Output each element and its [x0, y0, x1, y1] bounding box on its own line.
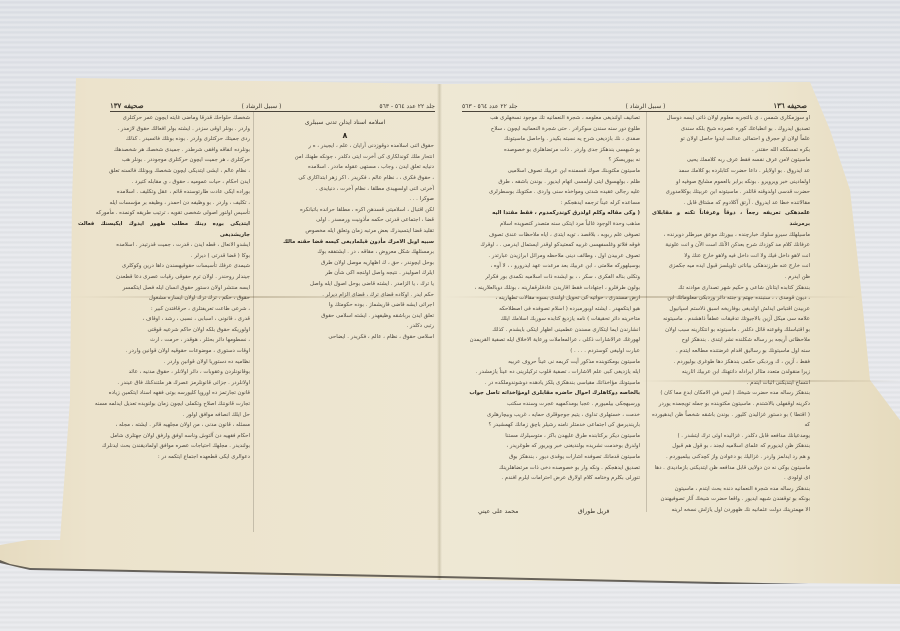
text-line: ، ديون قومدى ، ، سنبنده جهتم و جنته دائر… [652, 293, 810, 304]
text-line: تصوف عربيدن اول ، وطائف دينى ملاحظه ومرا… [455, 251, 640, 262]
text-line: حل ايلك انصافه موافق اولور . [78, 410, 250, 421]
text-line: ماسيتون مكتوبنك صوك قسمنده ابن عربيك تصو… [455, 166, 640, 177]
text-line: واردر . بونلر اوقى سزدر . ايشته بولر افع… [78, 124, 250, 135]
text-line: ، تكليف ، واردر . بو وظيفه دن احمدر ، وظ… [78, 198, 250, 209]
text-line: بوراده ايكى عادت طارتوسنده قائم ، عقل وت… [78, 187, 250, 198]
text-line: بوقانونلردن وعقوبات ، دائر اولانلر ، حقو… [78, 367, 250, 378]
text-line: عد ايدروق . بو اولايلر . داعا حضرت كتابل… [652, 166, 810, 177]
right-page-right-column: او سوزمكارى شمس ، ى بالتجربه معلوم اولان… [652, 113, 810, 533]
text-line: اولانلردر . جزائى قانونلرمز عصرك هر ملتن… [78, 378, 250, 389]
text-line: بونكه بو توقفندن شبهه ايديور . واقعا حضر… [652, 494, 810, 505]
text-line: ايشدو الانعال ، قطه ايدن ، قدرت ، جميت ق… [78, 240, 250, 251]
text-line: ايدن احكام ، حيات عموميه ، حقوق ، ي مقاب… [78, 177, 250, 188]
text-line: بونلرده انفاقه وافقى شرطدر . جميدى شخصك … [78, 145, 250, 156]
text-line: تصانيف اولنديغى معلومه ، شجرة النعمانيه … [455, 113, 640, 124]
text-line: ظلم ، بولهسوق ايتى اولمسى اتهام ايديور .… [455, 177, 640, 188]
text-line: بو شبهسى بندهكز جدى واردر . ذات مرتضاهلر… [455, 145, 640, 156]
text-line: ورسيهجكى بيلميورم . عجبا بومدكمهيه عجرت … [455, 399, 640, 410]
text-line: ماسيلهلك سيرو سلوك خبارچنده ، بيورتك موع… [652, 230, 810, 241]
text-line: تصديق ايدروك . بو انطباعك كوره عصرده شيخ… [652, 124, 810, 135]
text-line: نظاميه ده دستوريا اولان قوانين واردر . [78, 357, 250, 368]
text-line: ماسيتون لامن عرف نفسه فقط عرف ربه كلاممك… [652, 155, 810, 166]
text-line: فقط ، آزين ، ك وردبكى حكمى بندهكز دها طو… [652, 357, 810, 368]
paper-bottom-edge [0, 560, 900, 590]
text-line: دكرينه اوقفهلى بالاشتدم . ماسيتون مكتوبن… [652, 399, 810, 410]
text-line: مقالاتنده خطا عد ايدروق . آرتق آكلادوم ك… [652, 198, 810, 209]
left-issue-info: جلد ٢٢ عدد ٥٦٤ - ٥٦٣ [379, 103, 435, 110]
text-line: مسئله ، قانون مدنى ، من اولان مجلهيه قائ… [78, 420, 250, 431]
text-line: مساعده كرله عيناً ترجمه ايدهجكم : [455, 198, 640, 209]
text-line: بارينديرمق كى اجتماعى خدمتلر نامنه رشيلر… [455, 420, 640, 431]
text-line: ، نظام عالم ، ايشى ايتديكى ايچون شخصك وب… [78, 166, 250, 177]
text-line: فوقه فلاتو وغلسفهسى غربيه كمعتيدكو اوقدر… [455, 240, 640, 251]
text-line: برمسئلهك شكل معروض ، مقاقه ، در . ايشتفق… [256, 247, 434, 258]
text-line: حقوق ، حكم ، ترك ترك اولان ايساره مشغول [78, 293, 250, 304]
right-page-left-column: تصانيف اولنديغى معلومه ، شجرة النعمانيه … [455, 113, 640, 508]
text-line: تجارت قانوننك اصلاح وتكملى ايچون زمان بو… [78, 399, 250, 410]
text-line: دنيايه تعلق ايدن ، وجاب ، مستهى عقوله ما… [256, 162, 434, 173]
left-title-bracket: ( سبيل الرشاد ) [242, 103, 282, 110]
column-divider [646, 112, 647, 512]
text-line: آخرتى اثنى اولسهيدى مطلقا ، نظام آخرت ، … [256, 184, 434, 195]
text-line: تنورلى بكلرم وختامه كلام اولارق عرض احتر… [455, 473, 640, 484]
article-title: اسلامه اسناد ايدلن تدنى سببلرى [256, 118, 434, 129]
text-line: ماسيتونك مؤاخذاتك مقياسى بندهكزى يلكز يا… [455, 378, 640, 389]
text-line: نه بيوريسكز ؟ [455, 155, 640, 166]
text-line: سنه اول ماسيتونك بو رساليق اقدام غرضتنده… [652, 346, 810, 357]
text-line: بولون طرفلرو ، اجتهادات فقط اقاريدن عادف… [455, 283, 640, 294]
text-line: قانون تجارتمز ده اوروپا كليورسه بوتى فقه… [78, 388, 250, 399]
text-line: ايلرك اصوليدر . نتيجه واصل اولنجه اكى شأ… [256, 268, 434, 279]
text-line: عربيدن اقتباس ايدلش اولديغى بوفاريخه اسب… [652, 304, 810, 315]
text-line: يومدعيانك مدافعه قابل دكلدر . غزاليده او… [652, 431, 810, 442]
text-line: بندهكز ظن ايديورم كه علماى اسلاميه ايجند… [652, 441, 810, 452]
text-line: جيندلر روحندر . اولان ترم حقوقى رقيات عص… [78, 272, 250, 283]
text-line: ايتديكى بوده دينك مطلب ظهور ايدوك ايكيسن… [78, 219, 250, 240]
text-line: بندهكز رساله مده شجرة النعمانيه دنده بحث… [652, 484, 810, 495]
column-divider [253, 112, 254, 532]
text-line: ماسيتون ديكر بركتابنده طرق عليهدن باكز ،… [455, 431, 640, 442]
text-line: وتكلى بناله الفكرى ، سكر ، ، بو ايشده ذا… [455, 272, 640, 283]
text-line: اولدرق بوخدمت نشريده بولنديغنى خبر ويريو… [455, 441, 640, 452]
text-line: اى اولودى . [652, 473, 810, 484]
text-line: شيمدى عرفك تأسيسات حقوقيهسندن داها درين … [78, 261, 250, 272]
text-line: قدرى ، قانونى ، اسبابى ، نسبى ، رشد ، او… [78, 314, 250, 325]
text-line: ( وكى مقاله وكلم اولدرق كوندركمدوم ، فقط… [455, 208, 640, 219]
text-line: ظن ايدرم . [652, 272, 810, 283]
text-line: ، شرعى طاعت تعريفتلرى ، حرقافتدن كبير : [78, 304, 250, 315]
right-title-bracket: ( سبيل الرشاد ) [626, 103, 666, 110]
text-line: ماسيتون بوكى نه دن دولايى قابل مدافعه ظن… [652, 463, 810, 474]
text-line: ايسه منتشر اولان دستور حقوق انسان ايله ف… [78, 283, 250, 294]
text-line: ارض مسندرى ، حواتيه كى تحويل اولندى بسوه… [455, 293, 640, 304]
text-line: بوكا ( قضا قدرتى ) ديرلر . [78, 251, 250, 262]
text-line: اولمادينى خبر ويرويرو . بونكه برابر بالع… [652, 177, 810, 188]
text-line: بالخاصه دوكاهلرك احوال حاضره مقابلرى اوم… [455, 388, 640, 399]
text-line: ( اقتطا ) بو دستور غزاليدن كليور . بوندن… [652, 410, 810, 431]
text-line: زيرا منقولدن متعدد مثالر ايرادله دانتهنك… [652, 367, 810, 378]
text-line: تأسيس اولنور اصولى شخصى تقويه ، ترتيب طر… [78, 208, 250, 219]
text-line: اولوريكه حقوق بلكه اولان حاكم شرعيه قوقت… [78, 325, 250, 336]
text-line: بو اقتباسلك وقوعنه قائل دكلدر . ماسيتونه… [652, 325, 810, 336]
text-line: عليه رجالى عقيده شدتى ومواخذه سنى واردى … [455, 187, 640, 198]
text-line: او سوزمكارى شمس ، ى بالتجربه معلوم اولان… [652, 113, 810, 124]
text-line: اجرائى ايشه قاضى قاريشماز . بوده حكومتك … [256, 300, 434, 311]
text-line: تصديق ايدهجكم . ونكه وار بو خصوصده دخى ذ… [455, 463, 640, 474]
text-line: علمدهكى تعريفه رجعاً ، ذوقاً وعرفاناً تك… [652, 208, 810, 229]
text-line: طلوع دور سنه سندن سوكرادر . حتى شجرة الن… [455, 124, 640, 135]
text-line: بولنديدر . مجلهك احتياجات عصره موافق اول… [78, 441, 250, 452]
text-line: بوسيلهوركه ملامتى ، ابن عربيك بعد مرعدت … [455, 261, 640, 272]
text-line: اسلامى حقوق ، نظام ، عالم ، فكريدر . ايض… [256, 332, 434, 343]
text-line: و هم رد ايدلمز واردر . غزاليك بو دعوادن … [652, 452, 810, 463]
text-line: اوقات دستورى ، موضوعات حقوقيه اولان قوان… [78, 346, 250, 357]
text-line: صفدى ، نك بازديغى شرح يه نسبته بكيدر . و… [455, 134, 640, 145]
text-line: صوكرا . . . [256, 194, 434, 205]
text-line: انت خارج عنه طرزندهكى بياناتى تاويلسز قب… [652, 261, 810, 272]
center-fold [437, 84, 442, 580]
text-line: ماسيتون بومكتوبنده مذكور آيت كريمه نى عي… [455, 357, 640, 368]
text-line: حقوق اثنى اسلامده دوقوزدنى آرايان ، علم … [256, 141, 434, 152]
text-line: علماً اولان او حجرق و احتمالى عدالت ايدو… [652, 134, 810, 145]
right-page-header: صحيفه ١٣٦ ( سبيل الرشاد ) جلد ٢٢ عدد ٥٦٤… [462, 101, 807, 112]
text-line: الا مهمترينك دولت عثمانيه نك ظهوردن اول … [652, 505, 810, 516]
text-line: شخصك حلواحك قدرقا وماضى غايته ايچون عمر … [78, 113, 250, 124]
text-line: عبارت اوليغى كوستردم . . . . ) [455, 346, 640, 357]
section-number: ٨ [256, 131, 434, 142]
text-line: احكام فقهيه دن آلتوش وناسه اوفق وارفق او… [78, 431, 250, 442]
newspaper-spread: جلد ٢٢ عدد ٥٦٤ - ٥٦٣ ( سبيل الرشاد ) صحي… [0, 0, 900, 631]
text-line: تصوفى علم ربوبه ، بلاقصد ، تويه ايتدى ، … [455, 230, 640, 241]
text-line: ايله يازديغى كبى علم الاشارات ، تصفية قل… [455, 367, 640, 378]
text-line: علامه سى ميكل آزين بالاجيوتك تدقيقات عطف… [652, 314, 810, 325]
signature-2: محمد على عيني [478, 508, 518, 515]
text-line: حكم ايدر . اوكاده قضاى ترك ، قضاى الزام … [256, 290, 434, 301]
left-page-article-column: اسلامه اسناد ايدلن تدنى سببلرى ٨ حقوق اث… [256, 118, 434, 518]
left-page-number: صحيفه ١٣٧ [110, 101, 144, 110]
text-line: خدمت ، خستهلرى تداوى ، يتيم جوجوقلرى حما… [455, 410, 640, 421]
text-line: تعلق ايدن برباشقه وظيفهدر . ايشته اسلامى… [256, 311, 434, 322]
text-line: بكره تمسككه الله حقتدر . [652, 145, 810, 156]
text-line: لكن اقتبال ، اسلاميتى قسدهن اكره ، مطلقا… [256, 205, 434, 216]
text-line: ماسيتون قدمانك تصوفده اشارات يوقدى ديور … [455, 452, 640, 463]
text-line: انشارندن ايما ايتكارى مسندن عطمينى اظهار… [455, 325, 640, 336]
text-line: متاخرينه دائر تحقيقات ) نامه يازديغ كتاب… [455, 314, 640, 325]
text-line: ، نسطومها دائر بحثلر ، هوقدر ، حرمت ، ار… [78, 335, 250, 346]
text-line: ملاحظاتى آريجه بر رساله شكلنده نشر ايتدى… [652, 335, 810, 346]
text-line: انتحار ملك كوندلكارى كى آخرت ايتى دكلدر … [256, 152, 434, 163]
text-line: حضرت قدسى اولدوقنه قائلدر . ماسيتونه ابن… [652, 187, 810, 198]
right-page-number: صحيفه ١٣٦ [773, 101, 807, 110]
signature-1: فريل طوراق [578, 508, 609, 515]
text-line: سبيه اوبل الامرك مأذون قبلماديغى كيسه قض… [256, 237, 434, 248]
text-line: قضا ، اجتماعى قدرتى حكمه مأذونيت ورمسدر … [256, 215, 434, 226]
text-line: مذهب وحدة الوجود غالباً مرد ايتكى سنه مت… [455, 219, 640, 230]
text-line: ردى جميتك حركتلرى واردر . بوده بونلك فائ… [78, 134, 250, 145]
left-page-continued-column: شخصك حلواحك قدرقا وماضى غايته ايچون عمر … [78, 113, 250, 533]
right-issue-info: جلد ٢٢ عدد ٥٦٤ - ٥٦٣ [462, 103, 518, 110]
text-line: رتبى دكلدر . [256, 321, 434, 332]
text-line: عرفانك كلام مد كوزدك شرح بعدكن الآنك است… [652, 240, 810, 251]
text-line: حركتلرى ، هر جميت ايچون حركتلرى موجوددر … [78, 155, 250, 166]
text-line: ، حقوق فكرى ، ، نظام عالم ، فكريدر . اكر… [256, 173, 434, 184]
text-line: لهورغك عرالاشارات ذكلى ، عرالمعاملات ورع… [455, 335, 640, 346]
text-line: بوحل ايچوندر ، حق ، ك اظهاريه موصل اولان… [256, 258, 434, 269]
text-line: انتساخ ايتديكنى اثبات ايتدم . [652, 378, 810, 389]
text-line: دعوالرى ايكى قطعهده اجتماع ايتكمه در : [78, 452, 250, 463]
text-line: تقليد قضا ايتسيدرك بعض مرتبه زمان وتعلق … [256, 226, 434, 237]
text-line: انت لاهو داخل فيك ولا انت داخل فيه ولاهو… [652, 251, 810, 262]
left-page-header: جلد ٢٢ عدد ٥٦٤ - ٥٦٣ ( سبيل الرشاد ) صحي… [110, 101, 435, 112]
text-line: بندهكز كتابده ايتانان شاعى و حكيم شهر تص… [652, 283, 810, 294]
text-line: بندهكز رساله مده حضرت شيخك ( ليس في الام… [652, 388, 810, 399]
text-line: هيو ايتكمهدر . ايشته اوبورمبرده ( اسلام … [455, 304, 640, 315]
text-line: يا ترك ، يا الزامدر . ايشته قاضى بوحل اص… [256, 279, 434, 290]
